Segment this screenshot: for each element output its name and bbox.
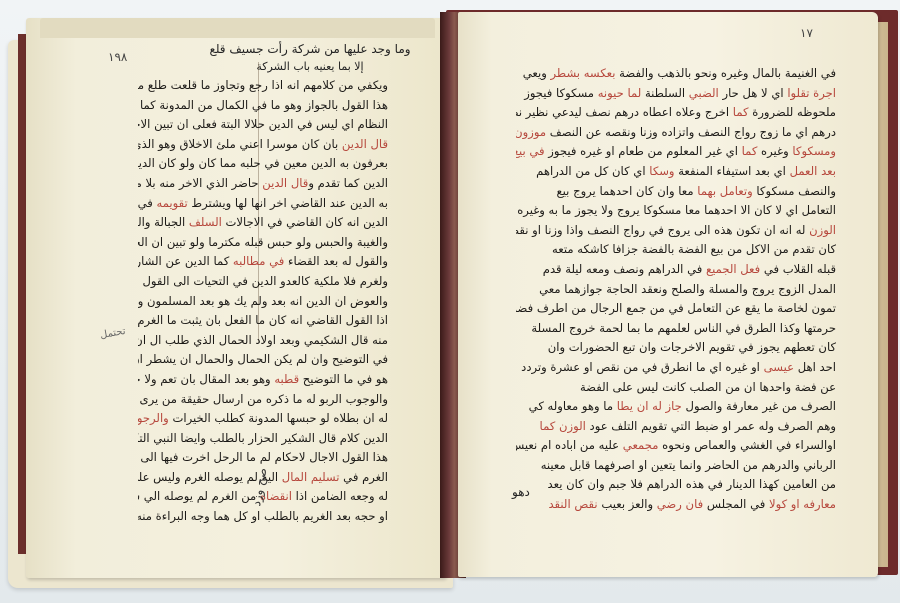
rubric-text: معارفه او كولا bbox=[769, 497, 836, 511]
right-text-line: ومسكوكا وغيره كما اي غير المعلوم من طعام… bbox=[516, 142, 836, 162]
right-text-line: تمون لخاصة ما يقع عن التعامل في من جمع ا… bbox=[516, 299, 836, 319]
rubric-text: في مطالبه bbox=[233, 254, 284, 268]
left-text-line: هذا القول الاجال لاحكام لم ما الرحل اخرت… bbox=[138, 448, 388, 468]
rubric-text: الضبي bbox=[689, 86, 719, 100]
right-text-line: ملحوظه للضرورة كما اخرج وعلاه اعطاه درهم… bbox=[516, 103, 836, 123]
left-text-line: والعوض ان الدين انه بعد ولم يك هو بعد ال… bbox=[138, 292, 388, 312]
rubric-text: فان رضي bbox=[657, 497, 703, 511]
left-text-line: الدين كما تقدم وقال الدين حاضر الذي الاخ… bbox=[138, 174, 388, 194]
left-text-line: والغيبة والحبس ولو حبس قبله مكترما ولو ت… bbox=[138, 233, 388, 253]
right-text-line: درهم اي ما زوج رواج النصف واتزاده وزنا و… bbox=[516, 123, 836, 143]
left-text-line: به الدين عند القاضي اخر انها لها ويشترط … bbox=[138, 194, 388, 214]
right-text-line: بعد العمل اي بعد استيفاء المنفعة وسكا اي… bbox=[516, 162, 836, 182]
left-text-line: بعرفون به الدين معين في حلبه مما كان ولو… bbox=[138, 154, 388, 174]
left-heading-line-1: وما وجد عليها من شركة رأت جسيف قلع bbox=[190, 42, 430, 56]
left-text-line: هذا القول بالجواز وهو ما في الكمال من ال… bbox=[138, 96, 388, 116]
left-heading-line-2: إلا بما يعنيه باب الشركة bbox=[210, 60, 410, 73]
left-text-line: منه قال الشكيمي وبعد اولاد الحمال الذي ط… bbox=[138, 331, 388, 351]
left-text-line: له ان بطلاه لو حبسها المدونة كطلب الخيرا… bbox=[138, 409, 388, 429]
rubric-text: كما bbox=[742, 144, 758, 158]
rubric-text: قال الدين bbox=[262, 176, 308, 190]
rubric-text: والرجوع bbox=[138, 411, 169, 425]
rubric-text: ومسكوكا bbox=[792, 144, 836, 158]
rubric-text: في بيع او كراء bbox=[516, 144, 545, 158]
rubric-text: موزون bbox=[516, 125, 546, 139]
right-text-line: التعامل اي لا كان الا احدهما معا مسكوكا … bbox=[516, 201, 836, 221]
left-text-line: او حجه بعد الغريم بالطلب او كل هما وجه ا… bbox=[138, 507, 388, 527]
rubric-text: السلف bbox=[189, 215, 222, 229]
right-text-line: احد اهل عيسى او غيره اي ما انطرق في من ن… bbox=[516, 358, 836, 378]
left-text-line: النظام اي ليس في الدين حلالا البتة فعلى … bbox=[138, 115, 388, 135]
right-text-line: كان تقدم من الاكل من بيع الفضة بالفضة جز… bbox=[516, 240, 836, 260]
rubric-text: عيسى bbox=[764, 360, 794, 374]
right-text-line: حرمتها وكذا الطرق في الناس لعلمهم ما بما… bbox=[516, 319, 836, 339]
rubric-text: بعكسه بشطر bbox=[551, 66, 616, 80]
rubric-text: اجرة تقلوا bbox=[787, 86, 836, 100]
right-text-line: اجرة تقلوا اي لا هل حار الضبي السلطنة لم… bbox=[516, 84, 836, 104]
left-folio-number: ١٩٨ bbox=[108, 50, 127, 64]
rubric-text: بعد العمل bbox=[790, 164, 836, 178]
left-text-line: اذا القول القاضي انه كان ما الفعل بان يث… bbox=[138, 311, 388, 331]
right-folio-number: ١٧ bbox=[800, 26, 813, 40]
right-text-line: من العامين كهذا الدينار في هذه الدراهم ف… bbox=[516, 475, 836, 495]
right-text-line: كان تعطهم يجوز في تقويم الاخرجات وان تبع… bbox=[516, 338, 836, 358]
right-text-line: الوزن له انه ان تكون هذه الى يروج في روا… bbox=[516, 221, 836, 241]
left-text-line: في التوضيح وان لم يكن الحمال والحمال ان … bbox=[138, 350, 388, 370]
rubric-text: وتعامل بهما bbox=[697, 184, 752, 198]
rubric-text: وسكا bbox=[649, 164, 674, 178]
right-text-line: في الغنيمة بالمال وغيره ونحو بالذهب والف… bbox=[516, 64, 836, 84]
left-text-line: قال الدين بان كان موسرا اعني ملئ الاخلاق… bbox=[138, 135, 388, 155]
right-text-line: وهم الصرف وله عمر او ضبط التي تقويم التل… bbox=[516, 417, 836, 437]
rubric-text: تسليم المال bbox=[282, 470, 340, 484]
rubric-text: قطبه bbox=[274, 372, 299, 386]
rubric-text: لما حيونه bbox=[598, 86, 642, 100]
right-text-line: معارفه او كولا في المجلس فان رضي والعز ب… bbox=[516, 495, 836, 515]
rubric-text: نقص النقد bbox=[548, 497, 597, 511]
rubric-text: فعل الجميع bbox=[706, 262, 760, 276]
right-text-line: الرباني والدرهم من الحاضر وانما يتعين او… bbox=[516, 456, 836, 476]
rubric-text: كما bbox=[733, 105, 749, 119]
rubric-text: الوزن bbox=[809, 223, 836, 237]
right-text-line: عن فضة واحدها ان من الصلب كانت ليس على ا… bbox=[516, 378, 836, 398]
right-text-line: اوالسراء في الغشي والعماص ونحوه مجمعي عل… bbox=[516, 436, 836, 456]
rubric-text: قال الدين bbox=[342, 137, 388, 151]
rubric-text: تقويمه bbox=[156, 196, 187, 210]
right-text-line: والنصف مسكوكا وتعامل بهما معا وان كان اح… bbox=[516, 182, 836, 202]
left-text-line: هو في ما التوضيح قطبه وهو بعد المقال بان… bbox=[138, 370, 388, 390]
left-text-line: ولغرم فلا ملكية كالعدو الدين في التحيات … bbox=[138, 272, 388, 292]
left-text-line: والقول له بعد القضاء في مطالبه كما الدين… bbox=[138, 252, 388, 272]
right-text-line: الصرف من غير معارفة والصول جاز له ان يطا… bbox=[516, 397, 836, 417]
catchword: دهو bbox=[512, 485, 530, 499]
left-page-top-edge bbox=[40, 18, 435, 38]
left-text-line: الدين انه كان القاضي في الاجالات السلف ا… bbox=[138, 213, 388, 233]
rubric-text: جاز له ان يطا bbox=[617, 399, 682, 413]
right-text-line: قبله القلاب في فعل الجميع في الدراهم ونص… bbox=[516, 260, 836, 280]
left-text-line: ويكفي من كلامهم انه اذا رجع وتجاوز ما قل… bbox=[138, 76, 388, 96]
right-text-block: في الغنيمة بالمال وغيره ونحو بالذهب والف… bbox=[516, 64, 836, 515]
rubric-text: الوزن bbox=[559, 419, 586, 433]
left-text-line: الدين كلام قال الشكير الحزار بالطلب وايض… bbox=[138, 429, 388, 449]
rubric-text: مجمعي bbox=[623, 438, 659, 452]
rubric-text: كما bbox=[540, 419, 556, 433]
left-text-line: والوجوب الربو له ما ذكره من ارسال حقيقة … bbox=[138, 390, 388, 410]
right-text-line: المدل الزوج يروج والمسلة والصلح ونعقد ال… bbox=[516, 280, 836, 300]
left-text-block: ويكفي من كلامهم انه اذا رجع وتجاوز ما قل… bbox=[138, 76, 388, 527]
